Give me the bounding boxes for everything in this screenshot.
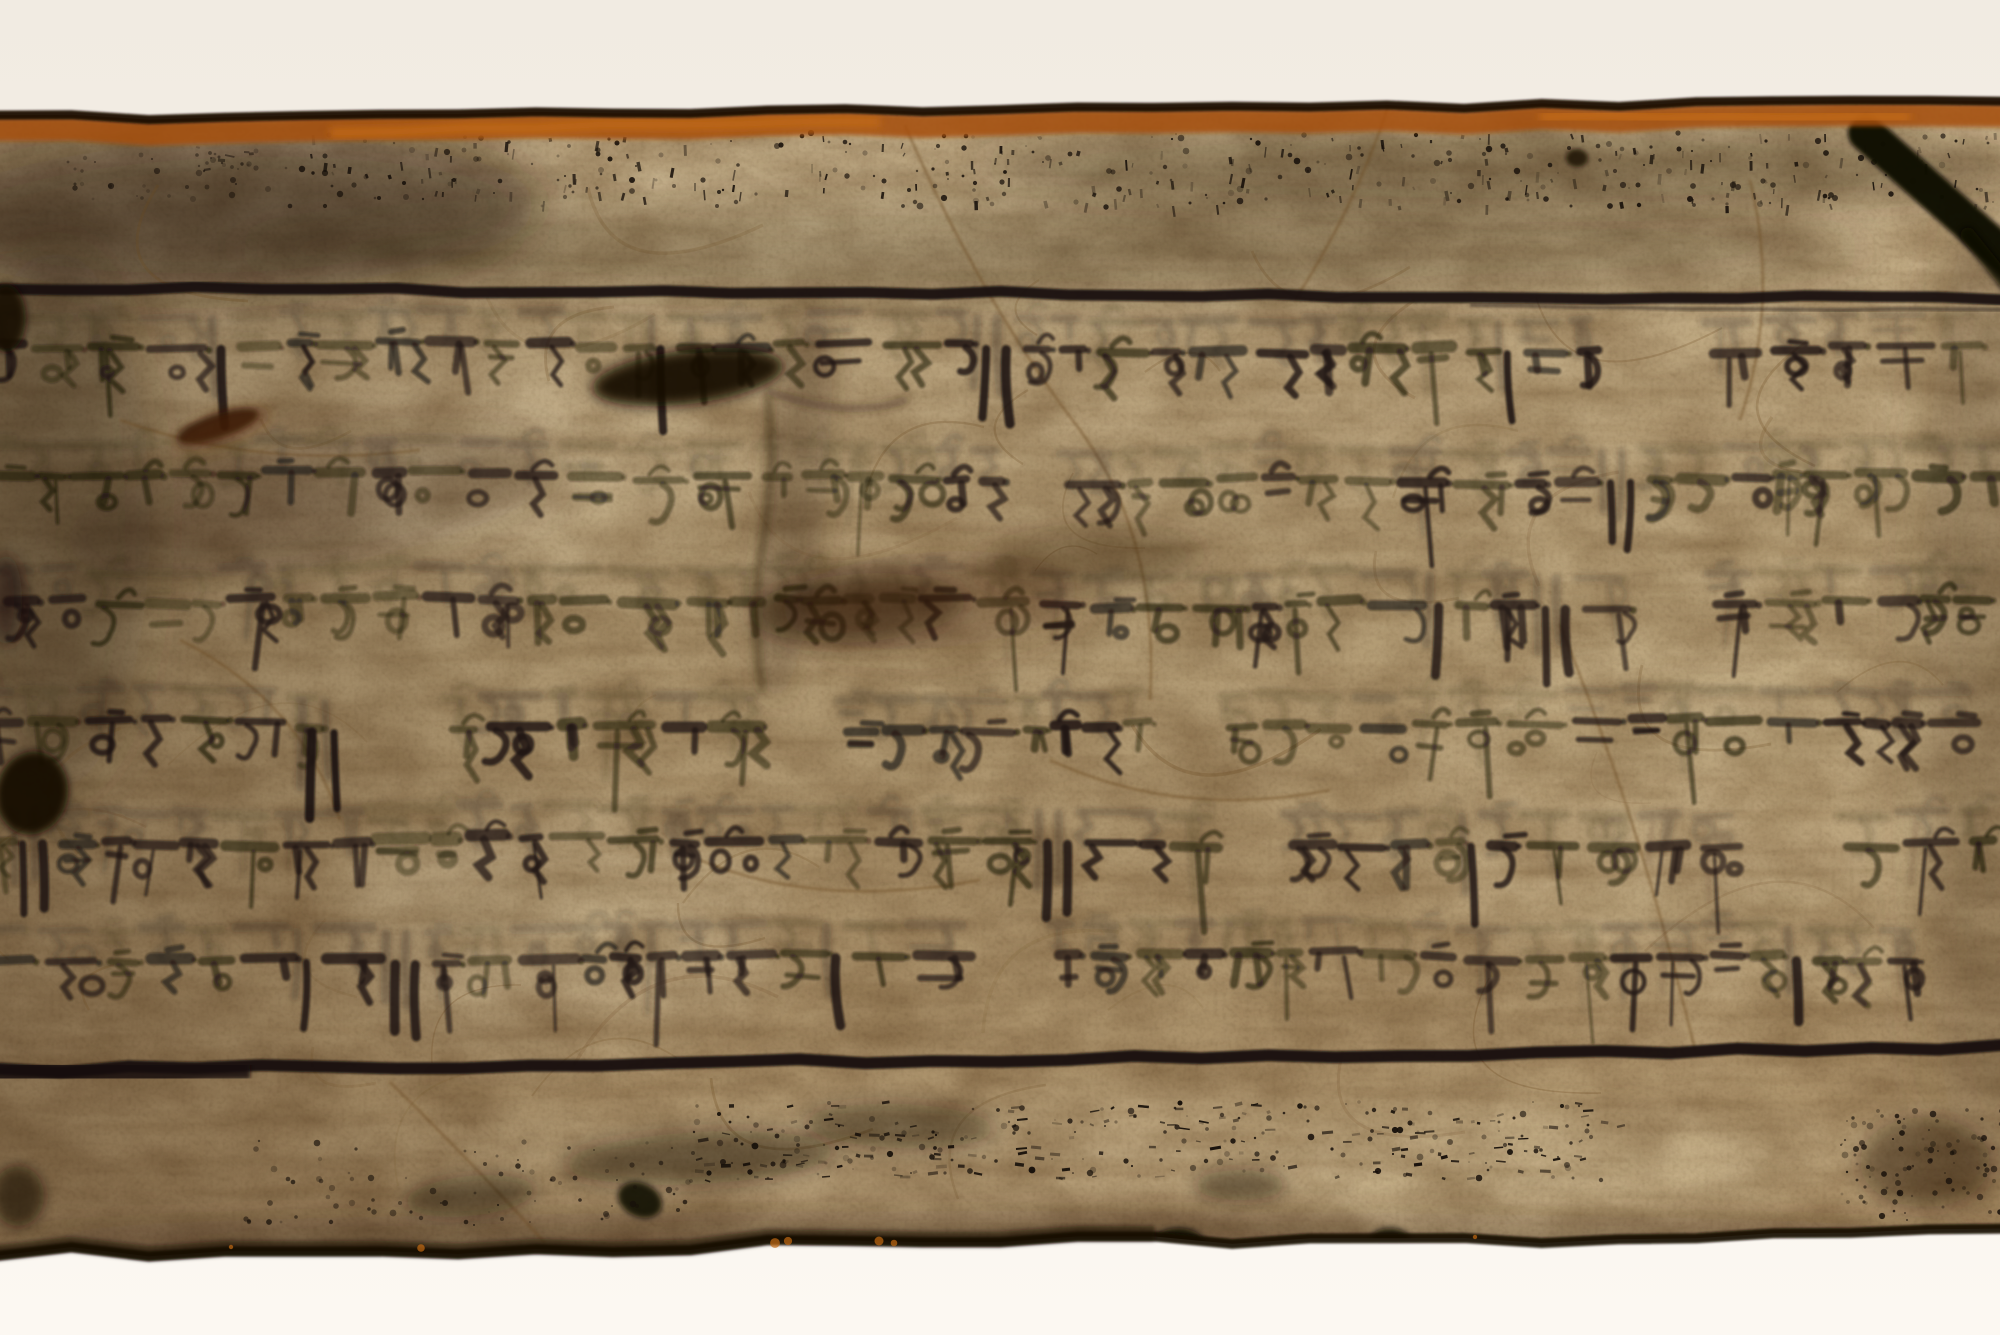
paper-sheet xyxy=(0,60,2000,1290)
manuscript-photo xyxy=(0,0,2000,1335)
bottom-edge-rust-speck xyxy=(875,1237,884,1246)
manuscript-svg xyxy=(0,0,2000,1335)
bottom-edge-rust-speck xyxy=(229,1245,233,1249)
bottom-smudge-d xyxy=(1195,1170,1285,1200)
bottom-edge-rust-speck xyxy=(784,1237,792,1245)
bottom-edge-rust-speck xyxy=(417,1244,425,1252)
bottom-edge-rust-speck xyxy=(891,1240,898,1247)
bottom-rule-thick-start xyxy=(0,1069,250,1075)
left-vignette xyxy=(0,60,2000,1290)
rust-bright-patch xyxy=(1540,115,1910,118)
bottom-edge-rust-speck xyxy=(770,1238,780,1248)
small-blot-top-right xyxy=(1566,149,1588,167)
bottom-edge-rust-speck xyxy=(1473,1235,1477,1239)
bottom-right-smudge xyxy=(1860,1117,1990,1207)
